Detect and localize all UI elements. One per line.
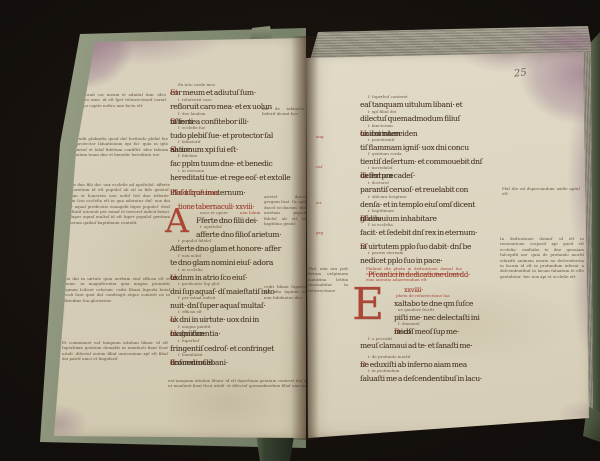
psalm-line-text: cor meum et adiutuſ ſum· (170, 89, 256, 97)
interlinear-gloss: ſ· ſuperboſ conteret (368, 95, 408, 99)
marginal-commentary: Pſal iſte ad deprecandum ualde aptuſ eſt… (502, 186, 580, 197)
right-page: 25 aug caſ ier grg Pſal iſte ad deprecan… (306, 50, 594, 442)
interlinear-gloss: i· in profundum (368, 369, 399, 373)
interlinear-gloss: ſ· non uobiſ (178, 254, 201, 258)
interlinear-gloss: ſ· in eccleſia (368, 223, 393, 227)
interlinear-gloss: uoce et opere (200, 211, 228, 215)
interlinear-gloss-red: non ſolum (240, 211, 260, 215)
psalm-line-text: meuſ clamaui ad te· et ſanaſti me· (360, 342, 472, 350)
psalm-line-text: facit· et ſedebit dnſ rex in eternum· (360, 229, 477, 237)
rubric-red-text: Pſ cantici in dedicatione dom dd· (368, 271, 470, 279)
psalm-line-text: ne dſ (394, 328, 411, 336)
interlinear-gloss: ſ· magna pmittit (178, 325, 211, 329)
psalm-line-text: ox dni in uirtute· uox dni in (170, 316, 259, 324)
interlinear-gloss-red: pheta de reſurrectione ſua (396, 294, 450, 298)
psalm-line: uoce et opere non ſolum Fferte dno filii… (170, 212, 304, 226)
interlinear-gloss: i· xpſ filiuſ dei (368, 110, 396, 114)
interlinear-gloss: i· increduloſ (368, 166, 393, 170)
psalm-line: ne gaudere feciſti piſti me· nec delecta… (360, 309, 500, 323)
psalm-line: ſ· a peccatiſ meuſ clamaui ad te· et ſan… (360, 337, 500, 351)
interlinear-gloss: i· de profundo mortiſ (368, 355, 410, 359)
psalm-line: i· increduloſ deſertum cadeſ· Uox dni pr… (360, 167, 500, 181)
interlinear-gloss: ſ· demoneſ (398, 322, 420, 326)
marginal-commentary: In dedicatione domuſ· id eſt in renouati… (500, 236, 584, 279)
interlinear-gloss: i· in eternum (178, 169, 204, 173)
psalm-line-text: fac pplm tuum dne· et benedic (170, 160, 272, 168)
psalm-line-text: hereditati tue· et rege eoſ· et extolle (170, 174, 290, 182)
interlinear-gloss: i· efficax eſt (178, 310, 202, 314)
interlinear-gloss: i· predicatio ſup ploſ (178, 282, 219, 286)
psalm-line-text: t comminuet (170, 359, 214, 367)
interlinear-gloss: i· in eccleſia (178, 268, 203, 272)
psalm-line: ſ· humiliabit dnſ cedroſ libani· Et comm… (170, 354, 304, 368)
psalm-line: ſ· fidelem fac pplm tuum dne· et benedic (170, 155, 304, 169)
psalm-line: i· pacem eternam nedicet pplo ſuo in pac… (360, 252, 500, 266)
psalm-line-text: nedicet pplo ſuo in pace· (360, 257, 442, 265)
interlinear-gloss: i· baptiſmum (368, 209, 394, 213)
page-number: 25 (513, 67, 527, 79)
interlinear-gloss: i· ſanctorum (368, 124, 393, 128)
interlinear-gloss: i· ſaluatoriſ (178, 140, 201, 144)
interlinear-gloss: i· apoſtoloſ (200, 225, 222, 229)
psalm-line: i· in eternum hereditati tue· et rege eo… (170, 169, 304, 183)
interlinear-gloss: ſ· gentium corda (368, 152, 402, 156)
psalm-text-column: Ex toto corde meo cor meum et adiutuſ ſu… (170, 84, 304, 374)
marginal-commentary: Et comminuet eaſ tanquam uitulum libani·… (62, 340, 168, 362)
interlinear-gloss: ſ· a peccatiſ (368, 337, 392, 341)
interlinear-gloss: i· obſcura ſcripture (368, 195, 407, 199)
psalm-line: illoſ uſque in eternum· Pſ dd in cſuma (170, 183, 304, 197)
psalm-line-text: ox (170, 274, 178, 282)
interlinear-gloss: i· doctoreſ (368, 181, 389, 185)
rubric-red-text: Et (170, 89, 178, 97)
psalm-line-text: ſaluaſti me a deſcendentibuſ in lacu· (360, 375, 482, 383)
interlinear-gloss: i· reſurrexit caro (178, 98, 212, 102)
manuscript-photo: In deo ſperauit cor meum et adiutuſ ſum·… (0, 0, 600, 461)
interlinear-gloss: ſ· deo laudem (178, 112, 206, 116)
marginal-commentary: Afferte dno filii dei· uox eccleſie ad a… (62, 182, 170, 225)
interlinear-gloss: ſ· eccleſie ſue (178, 126, 205, 130)
psalm-line: ſ· in eccleſia facit· et ſedebit dnſ rex… (360, 224, 500, 238)
interlinear-gloss: Ex toto corde meo (178, 83, 215, 87)
interlinear-gloss: ſ· fidelem (178, 154, 197, 158)
interlinear-gloss: ſ· humiliabit (178, 353, 203, 357)
interlinear-gloss: i· populoſ fideleſ (178, 239, 211, 243)
psalm-line: tione tabernaculi· xxviii· (170, 198, 304, 212)
psalm-line: i· in profundum ſaluaſti me a deſcendent… (360, 370, 500, 384)
interlinear-gloss: i· penetrantiſ (368, 138, 395, 142)
interlinear-gloss: ne gaudere feciſti (398, 308, 434, 312)
psalm-line-text: eaſ tanquam uitulum libani· et (360, 101, 462, 109)
psalm-text-column: ſ· ſuperboſ conteret eaſ tanquam uitulum… (360, 96, 500, 396)
psalm-line: Pſ cantici in dedicatione dom dd· (360, 266, 500, 280)
psalm-line-text: ox dni pre (360, 172, 393, 180)
marginal-commentary: Uox dni in uirtute quia uerbum eiuſ effi… (62, 276, 170, 303)
rubric-red-text: Pſ dd in cſuma (170, 189, 218, 197)
interlinear-gloss: i· pacem eternam (368, 251, 403, 255)
gutter-shadow (291, 36, 319, 440)
interlinear-gloss: i· ſuperboſ (178, 339, 199, 343)
interlinear-gloss: ſ· per minaſ iudicii (178, 296, 215, 300)
